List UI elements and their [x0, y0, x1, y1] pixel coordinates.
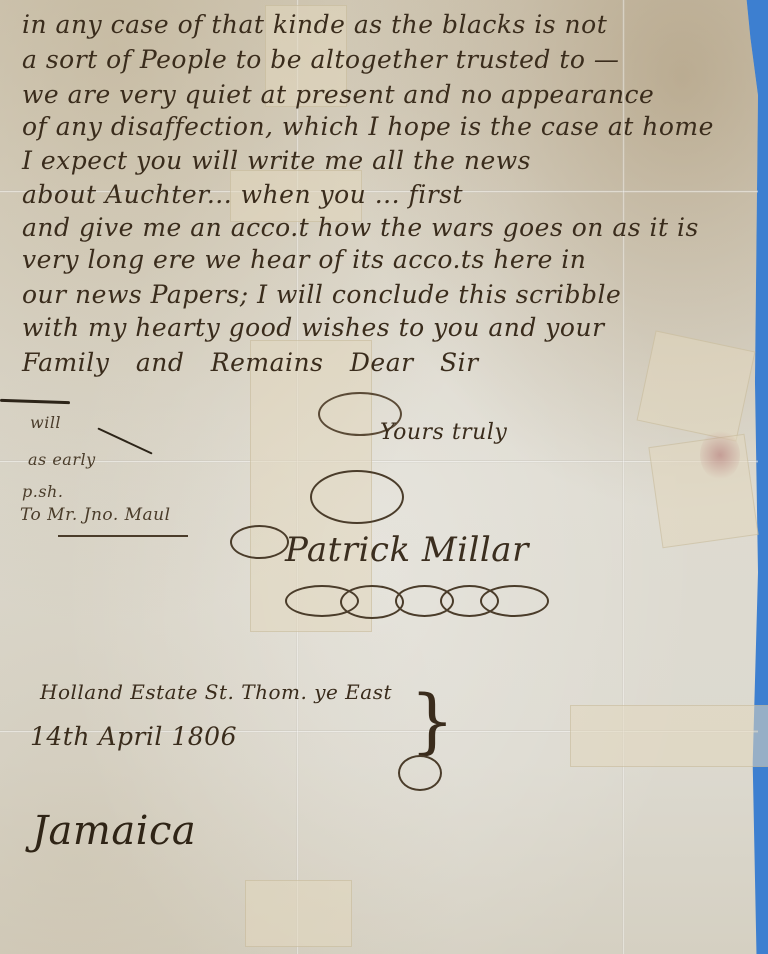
body-line: our news Papers; I will conclude this sc…	[22, 280, 621, 309]
body-line: and give me an acco.t how the wars goes …	[22, 213, 699, 242]
addressee: To Mr. Jno. Maul	[20, 505, 171, 525]
brace: }	[410, 680, 455, 762]
stain	[700, 430, 740, 480]
signature-initial-flourish	[310, 470, 404, 524]
destination: Jamaica	[32, 808, 196, 854]
body-line: in any case of that kinde as the blacks …	[22, 10, 607, 39]
body-line: we are very quiet at present and no appe…	[22, 80, 654, 109]
fold-line	[0, 460, 758, 463]
signature: Patrick Millar	[285, 530, 529, 570]
tape-patch	[570, 705, 768, 767]
margin-line: will	[30, 413, 61, 432]
brace-flourish	[398, 755, 442, 791]
body-line: with my hearty good wishes to you and yo…	[22, 313, 605, 342]
body-line: about Auchter... when you ... first	[22, 180, 463, 209]
signature-loop	[230, 525, 289, 559]
body-line: very long ere we hear of its acco.ts her…	[22, 245, 586, 274]
margin-line: as early	[28, 450, 96, 469]
place: Holland Estate St. Thom. ye East	[40, 680, 392, 704]
body-line: I expect you will write me all the news	[22, 146, 531, 175]
fold-line	[622, 0, 625, 954]
body-line: a sort of People to be altogether truste…	[22, 45, 619, 74]
underline	[58, 535, 188, 537]
background-edge	[758, 0, 768, 954]
closing: Yours truly	[380, 420, 507, 445]
date: 14th April 1806	[30, 722, 237, 751]
body-line: Family and Remains Dear Sir	[22, 348, 479, 377]
body-line: of any disaffection, which I hope is the…	[22, 112, 714, 141]
margin-line: p.sh.	[22, 482, 63, 501]
tape-patch	[245, 880, 352, 947]
